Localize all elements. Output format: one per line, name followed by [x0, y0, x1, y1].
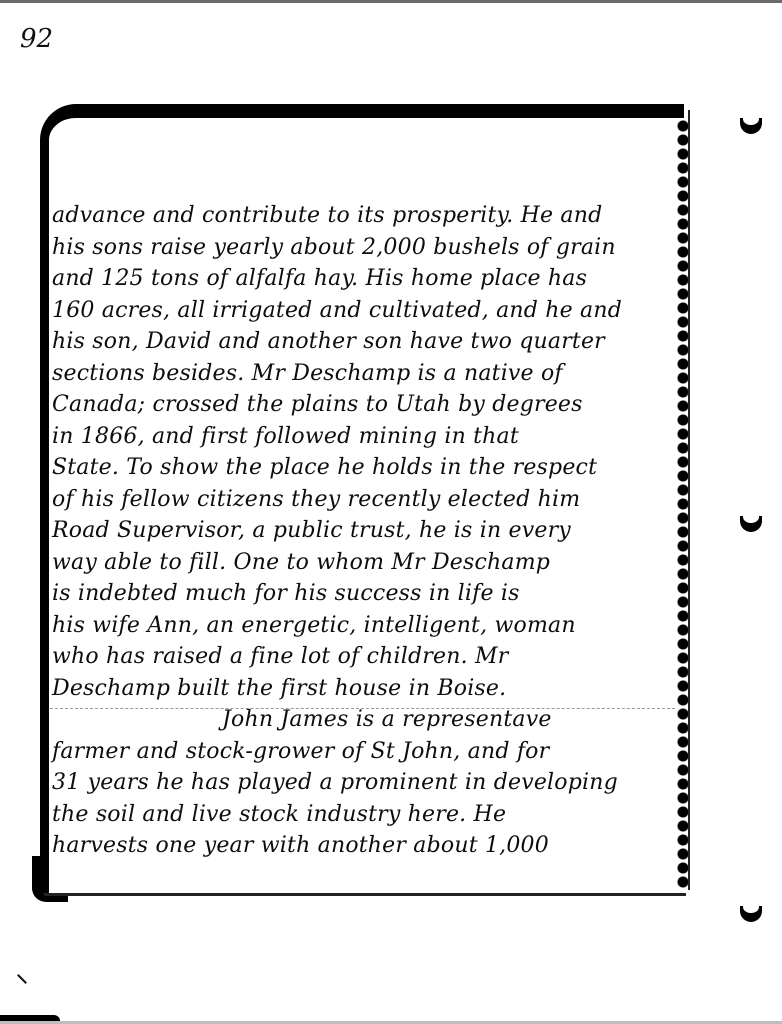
page-number: 92 — [20, 24, 53, 54]
text-line: in 1866, and first followed mining in th… — [52, 421, 672, 453]
text-line: his son, David and another son have two … — [52, 326, 672, 358]
stray-pen-mark — [17, 974, 27, 984]
text-line: advance and contribute to its prosperity… — [52, 200, 672, 232]
punch-hole-icon — [740, 516, 762, 532]
handwritten-text: advance and contribute to its prosperity… — [52, 200, 672, 862]
text-line: State. To show the place he holds in the… — [52, 452, 672, 484]
scan-top-edge — [0, 0, 782, 3]
text-line: of his fellow citizens they recently ele… — [52, 484, 672, 516]
text-line: John James is a representave — [52, 704, 672, 736]
text-line: and 125 tons of alfalfa hay. His home pl… — [52, 263, 672, 295]
text-line: 31 years he has played a prominent in de… — [52, 767, 672, 799]
notebook-frame-corner — [32, 856, 68, 902]
text-line: who has raised a fine lot of children. M… — [52, 641, 672, 673]
text-line: his wife Ann, an energetic, intelligent,… — [52, 610, 672, 642]
punch-hole-icon — [740, 118, 762, 134]
text-line: sections besides. Mr Deschamp is a nativ… — [52, 358, 672, 390]
text-line: Canada; crossed the plains to Utah by de… — [52, 389, 672, 421]
text-line: way able to fill. One to whom Mr Descham… — [52, 547, 672, 579]
text-line: his sons raise yearly about 2,000 bushel… — [52, 232, 672, 264]
text-line: Deschamp built the first house in Boise. — [52, 673, 672, 705]
text-line: Road Supervisor, a public trust, he is i… — [52, 515, 672, 547]
text-line: harvests one year with another about 1,0… — [52, 830, 672, 862]
text-line: is indebted much for his success in life… — [52, 578, 672, 610]
text-line: 160 acres, all irrigated and cultivated,… — [52, 295, 672, 327]
punch-hole-icon — [740, 906, 762, 922]
notebook-right-edge — [688, 110, 690, 890]
text-line: the soil and live stock industry here. H… — [52, 799, 672, 831]
text-line: farmer and stock-grower of St John, and … — [52, 736, 672, 768]
